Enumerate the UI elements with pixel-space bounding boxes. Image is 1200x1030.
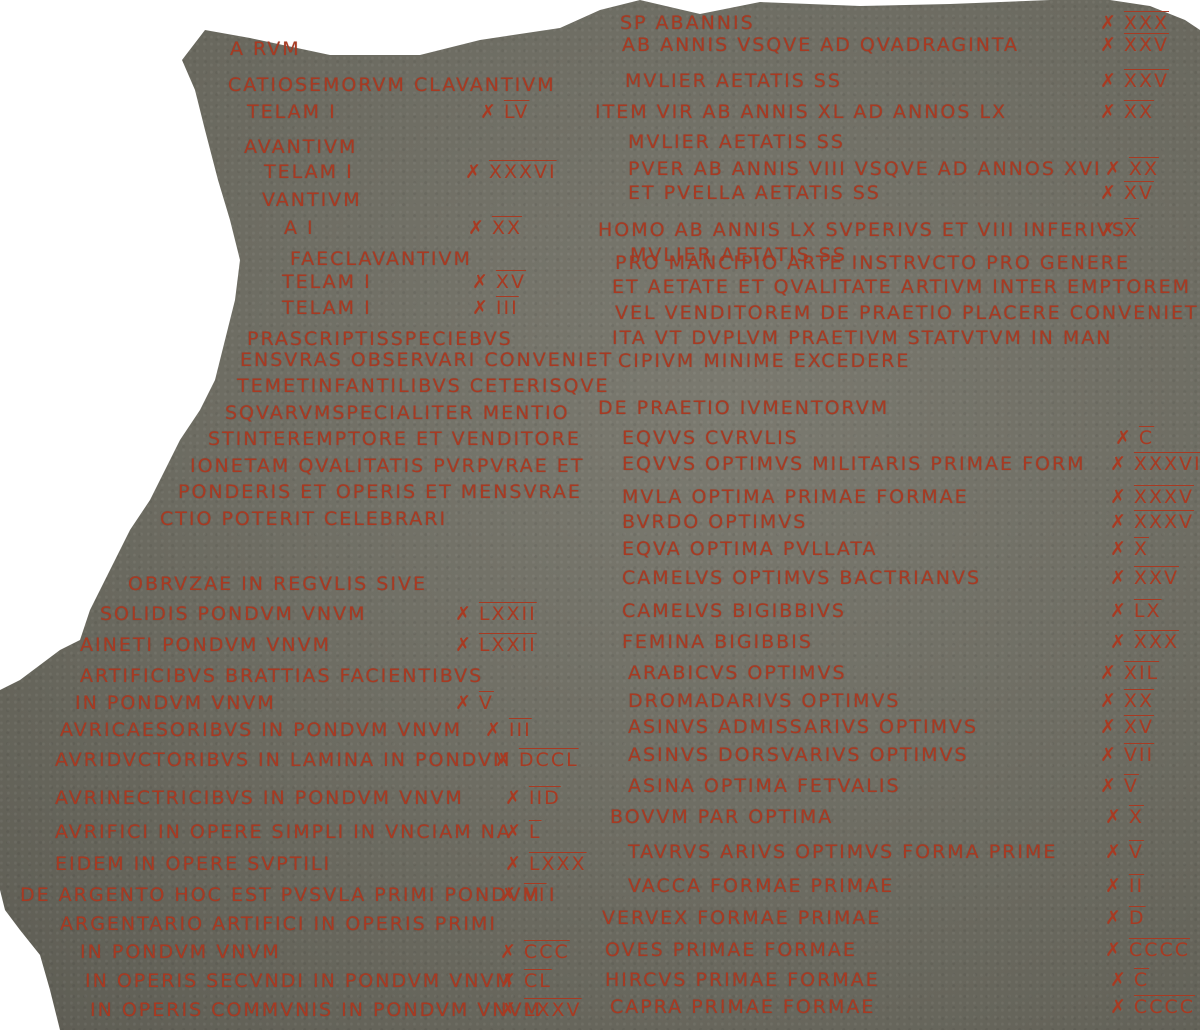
- denarius-symbol-icon: ✗: [1105, 841, 1123, 863]
- inscription-line: VEL VENDITOREM DE PRAETIO PLACERE CONVEN…: [615, 302, 1199, 324]
- inscription-line: CATIOSEMORVM CLAVANTIVM: [228, 74, 556, 96]
- denarius-symbol-icon: ✗: [1100, 716, 1118, 738]
- inscription-line: VERVEX FORMAE PRIMAE: [602, 907, 881, 929]
- inscription-line: OBRVZAE IN REGVLIS SIVE: [128, 573, 427, 595]
- price-value: ✗LXXII: [455, 634, 537, 656]
- denarius-symbol-icon: ✗: [472, 297, 490, 319]
- price-value: ✗X: [1100, 219, 1139, 241]
- inscription-line: ITA VT DVPLVM PRAETIVM STATVTVM IN MAN: [612, 327, 1112, 349]
- denarius-symbol-icon: ✗: [1110, 996, 1128, 1018]
- denarius-symbol-icon: ✗: [1110, 538, 1128, 560]
- inscription-line: ARTIFICIBVS BRATTIAS FACIENTIBVS: [80, 665, 483, 687]
- price-value: ✗L: [505, 821, 542, 843]
- inscription-line: VANTIVM: [262, 189, 362, 211]
- inscription-line: IONETAM QVALITATIS PVRPVRAE ET: [190, 455, 584, 477]
- price-value: ✗XXV: [1110, 567, 1179, 589]
- inscription-line: TELAM I: [264, 161, 354, 183]
- price-value: ✗XXXV: [1110, 486, 1194, 508]
- price-value: ✗V: [1100, 775, 1139, 797]
- denarius-symbol-icon: ✗: [1100, 101, 1118, 123]
- inscription-line: AVRIFICI IN OPERE SIMPLI IN VNCIAM NA: [55, 821, 512, 843]
- roman-numeral: IID: [529, 787, 561, 809]
- inscription-line: BOVVM PAR OPTIMA: [610, 806, 833, 828]
- denarius-symbol-icon: ✗: [505, 821, 523, 843]
- inscription-line: PONDERIS ET OPERIS ET MENSVRAE: [178, 481, 582, 503]
- price-value: ✗LXXV: [500, 999, 582, 1021]
- inscription-line: ITEM VIR AB ANNIS XL AD ANNOS LX: [595, 101, 1007, 123]
- inscription-line: OVES PRIMAE FORMAE: [605, 939, 857, 961]
- roman-numeral: CL: [524, 970, 552, 992]
- denarius-symbol-icon: ✗: [1110, 486, 1128, 508]
- roman-numeral: LX: [1134, 600, 1162, 622]
- roman-numeral: XX: [492, 217, 522, 239]
- inscription-line: ARGENTARIO ARTIFICI IN OPERIS PRIMI: [60, 913, 497, 935]
- price-value: ✗D: [1105, 907, 1146, 929]
- price-value: ✗XXV: [1100, 34, 1169, 56]
- denarius-symbol-icon: ✗: [500, 970, 518, 992]
- inscription-line: CTIO POTERIT CELEBRARI: [160, 508, 447, 530]
- inscription-line: ASINA OPTIMA FETVALIS: [628, 775, 901, 797]
- inscription-line: IN PONDVM VNVM: [80, 941, 281, 963]
- denarius-symbol-icon: ✗: [1110, 600, 1128, 622]
- inscription-line: TEMETINFANTILIBVS CETERISQVE: [237, 375, 609, 397]
- denarius-symbol-icon: ✗: [485, 719, 503, 741]
- inscription-line: MVLIER AETATIS SS: [628, 131, 845, 153]
- denarius-symbol-icon: ✗: [1100, 744, 1118, 766]
- roman-numeral: XXV: [1134, 567, 1179, 589]
- roman-numeral: XX: [1129, 158, 1159, 180]
- roman-numeral: CCC: [524, 941, 570, 963]
- price-value: ✗CL: [500, 970, 552, 992]
- denarius-symbol-icon: ✗: [505, 853, 523, 875]
- inscription-line: ET PVELLA AETATIS SS: [628, 182, 881, 204]
- roman-numeral: III: [496, 297, 519, 319]
- price-value: ✗XV: [472, 271, 526, 293]
- roman-numeral: V: [1129, 841, 1144, 863]
- denarius-symbol-icon: ✗: [495, 749, 513, 771]
- inscription-line: CIPIVM MINIME EXCEDERE: [618, 350, 910, 372]
- roman-numeral: DCCL: [519, 749, 579, 771]
- roman-numeral: X: [1134, 538, 1149, 560]
- roman-numeral: II: [1129, 875, 1144, 897]
- inscription-line: PVER AB ANNIS VIII VSQVE AD ANNOS XVI: [628, 158, 1102, 180]
- price-value: ✗C: [1115, 427, 1154, 449]
- denarius-symbol-icon: ✗: [500, 999, 518, 1021]
- inscription-line: CAMELVS BIGIBBIVS: [622, 600, 846, 622]
- inscription-line: AVRICAESORIBVS IN PONDVM VNVM: [60, 719, 462, 741]
- inscription-line: CAMELVS OPTIMVS BACTRIANVS: [622, 567, 981, 589]
- price-value: ✗II: [1105, 875, 1144, 897]
- roman-numeral: XX: [1124, 690, 1154, 712]
- roman-numeral: XV: [496, 271, 526, 293]
- roman-numeral: CCCC: [1129, 939, 1190, 961]
- denarius-symbol-icon: ✗: [1105, 806, 1123, 828]
- inscription-line: SQVARVMSPECIALITER MENTIO: [225, 402, 570, 424]
- price-value: ✗LXXII: [455, 603, 537, 625]
- price-value: ✗IID: [505, 787, 561, 809]
- inscription-line: AVANTIVM: [244, 136, 357, 158]
- inscription-line: STINTEREMPTORE ET VENDITORE: [208, 428, 581, 450]
- roman-numeral: VII: [1124, 744, 1154, 766]
- roman-numeral: LXXII: [479, 603, 537, 625]
- price-value: ✗X: [1105, 806, 1144, 828]
- price-value: ✗XXX: [1110, 631, 1179, 653]
- roman-numeral: D: [1129, 907, 1146, 929]
- denarius-symbol-icon: ✗: [468, 217, 486, 239]
- inscription-line: IN OPERIS SECVNDI IN PONDVM VNVM: [85, 970, 514, 992]
- denarius-symbol-icon: ✗: [465, 161, 483, 183]
- price-value: ✗CCCC: [1105, 939, 1190, 961]
- price-value: ✗DCCL: [495, 749, 579, 771]
- inscription-line: ASINVS DORSVARIVS OPTIMVS: [628, 744, 969, 766]
- denarius-symbol-icon: ✗: [1105, 939, 1123, 961]
- inscription-line: EQVVS CVRVLIS: [622, 427, 799, 449]
- inscription-line: EIDEM IN OPERE SVPTILI: [55, 853, 331, 875]
- price-value: ✗V: [455, 692, 494, 714]
- roman-numeral: L: [529, 821, 542, 843]
- price-value: ✗XXXVI: [465, 161, 557, 183]
- denarius-symbol-icon: ✗: [1110, 453, 1128, 475]
- inscription-line: SOLIDIS PONDVM VNVM: [100, 603, 367, 625]
- roman-numeral: XXX: [1124, 12, 1169, 34]
- inscription-line: ARABICVS OPTIMVS: [628, 662, 847, 684]
- roman-numeral: XXV: [1124, 34, 1169, 56]
- denarius-symbol-icon: ✗: [1100, 34, 1118, 56]
- roman-numeral: XXXV: [1134, 486, 1194, 508]
- price-value: ✗XXX: [1100, 12, 1169, 34]
- denarius-symbol-icon: ✗: [480, 101, 498, 123]
- inscription-line: MVLIER AETATIS SS: [625, 70, 842, 92]
- denarius-symbol-icon: ✗: [1100, 70, 1118, 92]
- denarius-symbol-icon: ✗: [505, 787, 523, 809]
- denarius-symbol-icon: ✗: [1110, 969, 1128, 991]
- price-value: ✗XXV: [1100, 70, 1169, 92]
- price-value: ✗XXXV: [1110, 511, 1194, 533]
- price-value: ✗XXXVI: [1110, 453, 1200, 475]
- roman-numeral: XIL: [1124, 662, 1159, 684]
- inscription-line: DE PRAETIO IVMENTORVM: [598, 397, 889, 419]
- roman-numeral: XXXVI: [489, 161, 557, 183]
- roman-numeral: XXXV: [1134, 511, 1194, 533]
- inscription-line: EQVVS OPTIMVS MILITARIS PRIMAE FORM: [622, 453, 1086, 475]
- price-value: ✗XX: [1105, 158, 1159, 180]
- roman-numeral: X: [1129, 806, 1144, 828]
- denarius-symbol-icon: ✗: [1100, 690, 1118, 712]
- inscription-line: IN OPERIS COMMVNIS IN PONDVM VNVM: [90, 999, 542, 1021]
- price-value: ✗XV: [1100, 716, 1154, 738]
- roman-numeral: XXXVI: [1134, 453, 1200, 475]
- inscription-line: FAECLAVANTIVM: [290, 248, 472, 270]
- inscription-line: HOMO AB ANNIS LX SVPERIVS ET VIII INFERI…: [598, 219, 1126, 241]
- roman-numeral: XX: [1124, 101, 1154, 123]
- price-value: ✗XV: [1100, 182, 1154, 204]
- roman-numeral: III: [509, 719, 532, 741]
- roman-numeral: V: [479, 692, 494, 714]
- inscription-line: HIRCVS PRIMAE FORMAE: [605, 969, 880, 991]
- denarius-symbol-icon: ✗: [1100, 182, 1118, 204]
- denarius-symbol-icon: ✗: [455, 603, 473, 625]
- price-value: ✗CCCC: [1110, 996, 1195, 1018]
- inscription-line: IN PONDVM VNVM: [75, 692, 276, 714]
- roman-numeral: CCCC: [1134, 996, 1195, 1018]
- inscription-line: DROMADARIVS OPTIMVS: [628, 690, 900, 712]
- denarius-symbol-icon: ✗: [455, 692, 473, 714]
- denarius-symbol-icon: ✗: [1110, 631, 1128, 653]
- inscription-line: MVLA OPTIMA PRIMAE FORMAE: [622, 486, 969, 508]
- denarius-symbol-icon: ✗: [1105, 158, 1123, 180]
- roman-numeral: LV: [504, 101, 530, 123]
- inscription-line: TELAM I: [282, 297, 372, 319]
- price-value: ✗LV: [480, 101, 529, 123]
- roman-numeral: C: [1139, 427, 1154, 449]
- inscription-line: PRASCRIPTISSPECIEBVS: [247, 328, 513, 350]
- inscription-line: EQVA OPTIMA PVLLATA: [622, 538, 878, 560]
- denarius-symbol-icon: ✗: [1105, 875, 1123, 897]
- denarius-symbol-icon: ✗: [1105, 907, 1123, 929]
- price-value: ✗CCC: [500, 941, 570, 963]
- denarius-symbol-icon: ✗: [1100, 662, 1118, 684]
- roman-numeral: X: [1124, 219, 1139, 241]
- denarius-symbol-icon: ✗: [1115, 427, 1133, 449]
- inscription-line: BVRDO OPTIMVS: [622, 511, 807, 533]
- roman-numeral: XXX: [1134, 631, 1179, 653]
- price-value: ✗XX: [468, 217, 522, 239]
- inscription-line: AINETI PONDVM VNVM: [80, 634, 331, 656]
- inscription-line: DE ARGENTO HOC EST PVSVLA PRIMI PONDVM I: [20, 884, 557, 906]
- denarius-symbol-icon: ✗: [1100, 219, 1118, 241]
- denarius-symbol-icon: ✗: [1110, 511, 1128, 533]
- inscription-line: SP ABANNIS: [620, 12, 755, 34]
- price-value: ✗X: [1110, 538, 1149, 560]
- inscription-line: AVRINECTRICIBVS IN PONDVM VNVM: [55, 787, 464, 809]
- roman-numeral: V: [1124, 775, 1139, 797]
- inscription-line: TELAM I: [282, 271, 372, 293]
- roman-numeral: C: [1134, 969, 1149, 991]
- denarius-symbol-icon: ✗: [500, 941, 518, 963]
- inscription-line: ET AETATE ET QVALITATE ARTIVM INTER EMPT…: [612, 276, 1191, 298]
- roman-numeral: LXXX: [529, 853, 587, 875]
- inscription-line: TELAM I: [247, 101, 337, 123]
- inscription-line: CAPRA PRIMAE FORMAE: [610, 996, 875, 1018]
- price-value: ✗XIL: [1100, 662, 1159, 684]
- denarius-symbol-icon: ✗: [500, 884, 518, 906]
- price-value: ✗III: [485, 719, 532, 741]
- roman-numeral: LXXV: [524, 999, 582, 1021]
- denarius-symbol-icon: ✗: [455, 634, 473, 656]
- price-value: ✗XX: [1100, 101, 1154, 123]
- inscription-line: A I: [284, 217, 315, 239]
- inscription-line: AVRIDVCTORIBVS IN LAMINA IN PONDVM: [55, 749, 511, 771]
- inscription-line: FEMINA BIGIBBIS: [622, 631, 813, 653]
- inscription-line: ASINVS ADMISSARIVS OPTIMVS: [628, 716, 978, 738]
- price-value: ✗VII: [1100, 744, 1154, 766]
- inscription-line: VACCA FORMAE PRIMAE: [628, 875, 894, 897]
- price-value: ✗III: [472, 297, 519, 319]
- price-value: ✗LX: [1110, 600, 1162, 622]
- price-value: ✗V: [1105, 841, 1144, 863]
- denarius-symbol-icon: ✗: [1100, 775, 1118, 797]
- inscription-line: PRO MANCIPIO ARTE INSTRVCTO PRO GENERE: [615, 252, 1130, 274]
- roman-numeral: XXV: [1124, 70, 1169, 92]
- roman-numeral: LXXII: [479, 634, 537, 656]
- price-value: ✗VI: [500, 884, 547, 906]
- price-value: ✗LXXX: [505, 853, 587, 875]
- price-value: ✗XX: [1100, 690, 1154, 712]
- denarius-symbol-icon: ✗: [1100, 12, 1118, 34]
- roman-numeral: XV: [1124, 182, 1154, 204]
- inscription-line: A RVM: [230, 38, 301, 60]
- price-value: ✗C: [1110, 969, 1149, 991]
- inscription-line: AB ANNIS VSQVE AD QVADRAGINTA: [622, 34, 1019, 56]
- denarius-symbol-icon: ✗: [472, 271, 490, 293]
- denarius-symbol-icon: ✗: [1110, 567, 1128, 589]
- inscription-line: TAVRVS ARIVS OPTIMVS FORMA PRIME: [628, 841, 1057, 863]
- roman-numeral: XV: [1124, 716, 1154, 738]
- inscription-line: ENSVRAS OBSERVARI CONVENIET: [240, 349, 613, 371]
- roman-numeral: VI: [524, 884, 547, 906]
